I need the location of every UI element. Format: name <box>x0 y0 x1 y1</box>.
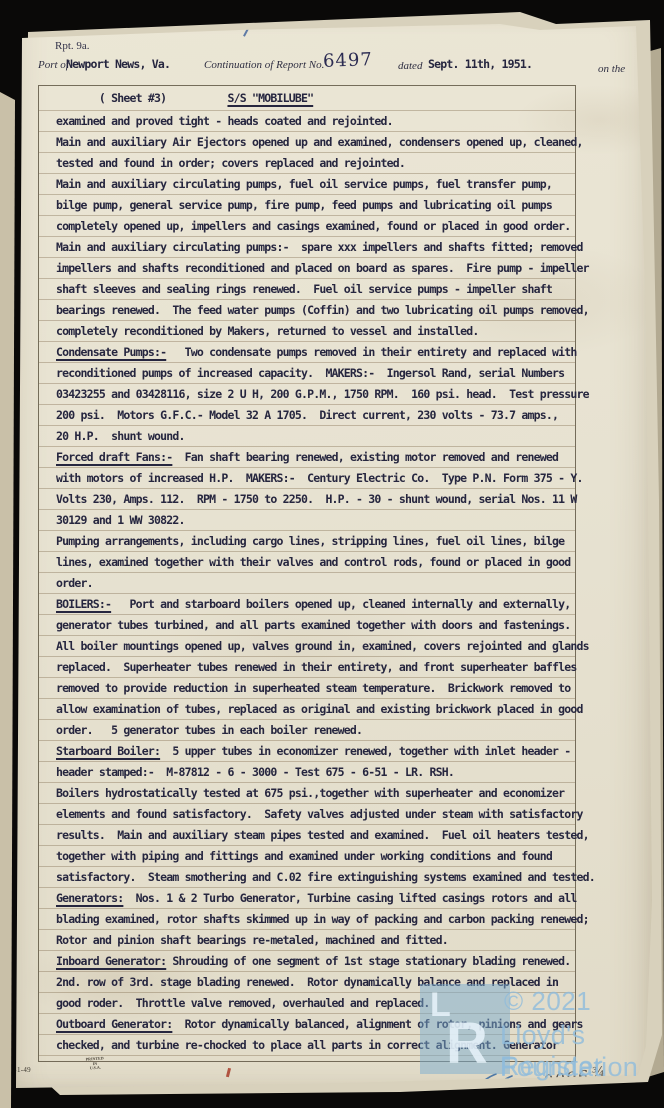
typed-line: Volts 230, Amps. 112. RPM - 1750 to 2250… <box>39 489 575 510</box>
typed-heading: Starboard Boiler: <box>56 744 160 758</box>
typed-line: Outboard Generator: Rotor dynamically ba… <box>39 1014 575 1035</box>
typed-text: 30129 and 1 WW 30822. <box>56 513 185 527</box>
typed-text: together with piping and fittings and ex… <box>56 849 552 863</box>
typed-line: bearings renewed. The feed water pumps (… <box>39 300 575 321</box>
typed-heading: BOILERS:- <box>56 597 111 611</box>
typed-line: Forced draft Fans:- Fan shaft bearing re… <box>39 447 575 468</box>
typed-line: with motors of increased H.P. MAKERS:- C… <box>39 468 575 489</box>
typed-line: Pumping arrangements, including cargo li… <box>39 531 575 552</box>
typed-heading: S/S "MOBILUBE" <box>227 91 313 105</box>
typed-text: Rotor dynamically balanced, alignment of… <box>172 1017 582 1031</box>
typed-line: Starboard Boiler: 5 upper tubes in econo… <box>39 741 575 762</box>
typed-text: Main and auxiliary Air Ejectors opened u… <box>56 135 583 149</box>
typed-text: 2nd. row of 3rd. stage blading renewed. … <box>56 975 558 989</box>
typed-text: bilge pump, general service pump, fire p… <box>56 198 552 212</box>
typed-line: 200 psi. Motors G.F.C.- Model 32 A 1705.… <box>39 405 575 426</box>
typed-line: ( Sheet #3) S/S "MOBILUBE" <box>39 86 575 111</box>
typed-line: 2nd. row of 3rd. stage blading renewed. … <box>39 972 575 993</box>
typed-line: Condensate Pumps:- Two condensate pumps … <box>39 342 575 363</box>
typed-text: Port and starboard boilers opened up, cl… <box>111 597 570 611</box>
typed-line: Generators: Nos. 1 & 2 Turbo Generator, … <box>39 888 575 909</box>
typed-line: together with piping and fittings and ex… <box>39 846 575 867</box>
typed-line: Main and auxiliary Air Ejectors opened u… <box>39 132 575 153</box>
typed-lines: ( Sheet #3) S/S "MOBILUBE"examined and p… <box>38 85 576 1062</box>
typed-line: Boilers hydrostatically tested at 675 ps… <box>39 783 575 804</box>
report-form-label: Rpt. 9a. <box>55 40 90 52</box>
typed-line: allow examination of tubes, replaced as … <box>39 699 575 720</box>
typed-text: 03423255 and 03428116, size 2 U H, 200 G… <box>56 387 589 401</box>
typed-line: bilge pump, general service pump, fire p… <box>39 195 575 216</box>
typed-line: replaced. Superheater tubes renewed in t… <box>39 657 575 678</box>
typed-text: Main and auxiliary circulating pumps:- s… <box>56 240 583 254</box>
typed-text: results. Main and auxiliary steam pipes … <box>56 828 589 842</box>
typed-line: shaft sleeves and sealing rings renewed.… <box>39 279 575 300</box>
typed-line: removed to provide reduction in superhea… <box>39 678 575 699</box>
typed-line: Inboard Generator: Shrouding of one segm… <box>39 951 575 972</box>
typed-text: Boilers hydrostatically tested at 675 ps… <box>56 786 564 800</box>
typed-line: 20 H.P. shunt wound. <box>39 426 575 447</box>
typed-text: order. 5 generator tubes in each boiler … <box>56 723 362 737</box>
typed-line: checked, and turbine re-chocked to place… <box>39 1035 575 1056</box>
typed-line: reconditioned pumps of increased capacit… <box>39 363 575 384</box>
typed-text: Fan shaft bearing renewed, existing moto… <box>172 450 558 464</box>
typed-text: checked, and turbine re-chocked to place… <box>56 1038 558 1052</box>
typed-text: All boiler mountings opened up, valves g… <box>56 639 589 653</box>
typed-line: order. 5 generator tubes in each boiler … <box>39 720 575 741</box>
typed-text: lines, examined together with their valv… <box>56 555 570 569</box>
typed-text: Two condensate pumps removed in their en… <box>166 345 576 359</box>
typed-heading: Generators: <box>56 891 123 905</box>
printed-in-usa-stamp: PRINTED IN U.S.A. <box>84 1056 107 1071</box>
typed-line: header stamped:- M-87812 - 6 - 3000 - Te… <box>39 762 575 783</box>
continuation-label: Continuation of Report No. <box>204 59 324 71</box>
typed-text: good roder. Throttle valve removed, over… <box>56 996 430 1010</box>
typed-line: tested and found in order; covers replac… <box>39 153 575 174</box>
typed-line: BOILERS:- Port and starboard boilers ope… <box>39 594 575 615</box>
typed-text: 5 upper tubes in economizer renewed, tog… <box>160 744 570 758</box>
scanned-report-page: Rpt. 9a. Port of Newport News, Va. Conti… <box>0 0 664 1108</box>
port-value: Newport News, Va. <box>66 57 170 71</box>
typed-text: Nos. 1 & 2 Turbo Generator, Turbine casi… <box>123 891 576 905</box>
typed-line: order. <box>39 573 575 594</box>
on-the-label: on the <box>598 63 625 75</box>
typed-line: Rotor and pinion shaft bearings re-metal… <box>39 930 575 951</box>
typed-text: shaft sleeves and sealing rings renewed.… <box>56 282 552 296</box>
typed-heading: Inboard Generator: <box>56 954 166 968</box>
typed-text: 20 H.P. shunt wound. <box>56 429 185 443</box>
typed-heading: Forced draft Fans:- <box>56 450 172 464</box>
typed-line: examined and proved tight - heads coated… <box>39 111 575 132</box>
typed-text: allow examination of tubes, replaced as … <box>56 702 583 716</box>
report-sheet: Rpt. 9a. Port of Newport News, Va. Conti… <box>0 0 664 1108</box>
typed-text: removed to provide reduction in superhea… <box>56 681 570 695</box>
typed-text: header stamped:- M-87812 - 6 - 3000 - Te… <box>56 765 454 779</box>
typed-line: good roder. Throttle valve removed, over… <box>39 993 575 1014</box>
port-of-label: Port of <box>38 59 69 71</box>
typed-text: Pumping arrangements, including cargo li… <box>56 534 564 548</box>
typed-heading: Condensate Pumps:- <box>56 345 166 359</box>
typed-text: Shrouding of one segment of 1st stage st… <box>166 954 570 968</box>
typed-text: reconditioned pumps of increased capacit… <box>56 366 564 380</box>
typed-line: completely reconditioned by Makers, retu… <box>39 321 575 342</box>
typed-text: satisfactory. Steam smothering and C.02 … <box>56 870 595 884</box>
typed-text: completely reconditioned by Makers, retu… <box>56 324 479 338</box>
typed-line: 30129 and 1 WW 30822. <box>39 510 575 531</box>
red-ink-mark <box>226 1068 231 1077</box>
typed-line: Main and auxiliary circulating pumps, fu… <box>39 174 575 195</box>
typed-line: Main and auxiliary circulating pumps:- s… <box>39 237 575 258</box>
typed-text: Volts 230, Amps. 112. RPM - 1750 to 2250… <box>56 492 577 506</box>
dated-label: dated <box>398 60 422 72</box>
typed-line: satisfactory. Steam smothering and C.02 … <box>39 867 575 888</box>
typed-text: Main and auxiliary circulating pumps, fu… <box>56 177 552 191</box>
typed-text: with motors of increased H.P. MAKERS:- C… <box>56 471 583 485</box>
typed-text: order. <box>56 576 93 590</box>
typed-text: elements and found satisfactory. Safety … <box>56 807 583 821</box>
typed-text: bearings renewed. The feed water pumps (… <box>56 303 589 317</box>
typed-text: completely opened up, impellers and casi… <box>56 219 570 233</box>
typed-text: impellers and shafts reconditioned and p… <box>56 261 589 275</box>
typed-text: examined and proved tight - heads coated… <box>56 114 393 128</box>
typed-text: blading examined, rotor shafts skimmed u… <box>56 912 589 926</box>
typed-text: generator tubes turbined, and all parts … <box>56 618 570 632</box>
typed-line: 03423255 and 03428116, size 2 U H, 200 G… <box>39 384 575 405</box>
typed-line: lines, examined together with their valv… <box>39 552 575 573</box>
typed-text: 200 psi. Motors G.F.C.- Model 32 A 1705.… <box>56 408 558 422</box>
typed-line: All boiler mountings opened up, valves g… <box>39 636 575 657</box>
typed-line: blading examined, rotor shafts skimmed u… <box>39 909 575 930</box>
typed-text: replaced. Superheater tubes renewed in t… <box>56 660 577 674</box>
report-number: 6497 <box>323 49 374 72</box>
typed-line: generator tubes turbined, and all parts … <box>39 615 575 636</box>
typed-text: Rotor and pinion shaft bearings re-metal… <box>56 933 448 947</box>
date-value: Sept. 11th, 1951. <box>428 57 532 71</box>
typed-line: results. Main and auxiliary steam pipes … <box>39 825 575 846</box>
typed-text: ( Sheet #3) <box>56 91 227 105</box>
typed-text: tested and found in order; covers replac… <box>56 156 405 170</box>
typed-heading: Outboard Generator: <box>56 1017 172 1031</box>
typed-line: impellers and shafts reconditioned and p… <box>39 258 575 279</box>
typed-line: completely opened up, impellers and casi… <box>39 216 575 237</box>
typed-line: elements and found satisfactory. Safety … <box>39 804 575 825</box>
